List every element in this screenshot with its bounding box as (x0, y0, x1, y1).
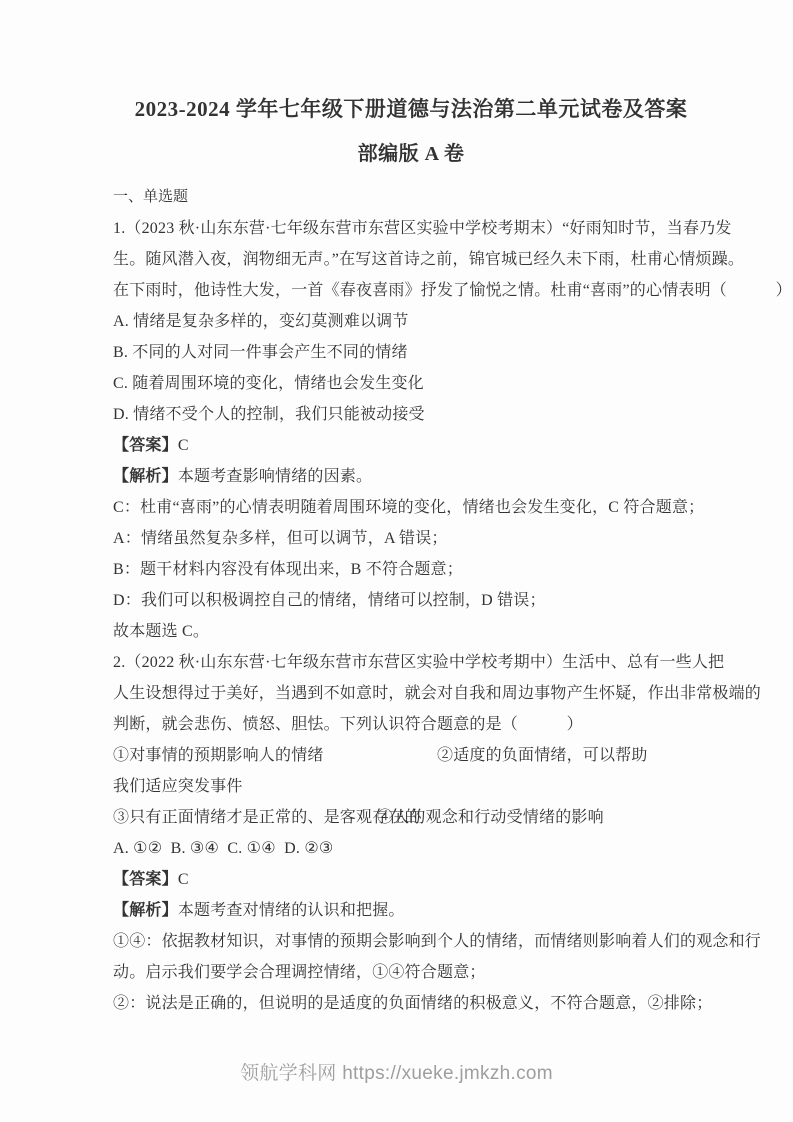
q1-analysis-intro-line: 【解析】本题考查影响情绪的因素。 (113, 461, 709, 492)
q2-options-line: A. ①② B. ③④ C. ①④ D. ②③ (113, 833, 709, 864)
q1-analysis-line-c: C：杜甫“喜雨”的心情表明随着周围环境的变化，情绪也会发生变化，C 符合题意； (113, 492, 709, 523)
q2-stem-line-2: 人生设想得过于美好，当遇到不如意时，就会对自我和周边事物产生怀疑，作出非常极端的 (113, 678, 709, 709)
q1-analysis-line-a: A：情绪虽然复杂多样，但可以调节，A 错误； (113, 523, 709, 554)
q1-stem-line-2: 生。随风潜入夜，润物细无声。”在写这首诗之前，锦官城已经久未下雨，杜甫心情烦躁。 (113, 244, 709, 275)
q2-item-3: ③只有正面情绪才是正常的、是客观存在的 (113, 809, 421, 826)
q2-analysis-intro-line: 【解析】本题考查对情绪的认识和把握。 (113, 895, 709, 926)
section-heading: 一、单选题 (113, 182, 709, 212)
q1-option-c: C. 随着周围环境的变化，情绪也会发生变化 (113, 368, 709, 399)
q1-analysis-label: 【解析】 (113, 468, 178, 485)
q2-answer-line: 【答案】C (113, 864, 709, 895)
q2-item-row-1: ①对事情的预期影响人的情绪②适度的负面情绪，可以帮助 (113, 740, 709, 771)
q2-item-4: ④人的观念和行动受情绪的影响 (377, 802, 604, 833)
watermark-footer: 领航学科网 https://xueke.jmkzh.com (0, 1058, 793, 1085)
q1-option-b: B. 不同的人对同一件事会产生不同的情绪 (113, 337, 709, 368)
q2-item-1: ①对事情的预期影响人的情绪 (113, 747, 324, 764)
q2-analysis-line-1: ①④：依据教材知识，对事情的预期会影响到个人的情绪，而情绪则影响着人们的观念和行 (113, 926, 709, 957)
question-2: 2.（2022 秋·山东东营·七年级东营市东营区实验中学校考期中）生活中、总有一… (113, 647, 709, 1019)
q2-answer-label: 【答案】 (113, 871, 178, 888)
q2-stem-line-1: 2.（2022 秋·山东东营·七年级东营市东营区实验中学校考期中）生活中、总有一… (113, 647, 709, 678)
document-page: 2023-2024 学年七年级下册道德与法治第二单元试卷及答案 部编版 A 卷 … (0, 0, 793, 1122)
q2-item-row-3: ③只有正面情绪才是正常的、是客观存在的④人的观念和行动受情绪的影响 (113, 802, 709, 833)
q1-analysis-line-b: B：题干材料内容没有体现出来，B 不符合题意； (113, 554, 709, 585)
document-title: 2023-2024 学年七年级下册道德与法治第二单元试卷及答案 (113, 94, 709, 124)
q2-analysis-intro: 本题考查对情绪的认识和把握。 (178, 902, 405, 919)
q1-stem-line-3: 在下雨时，他诗性大发，一首《春夜喜雨》抒发了愉悦之情。杜甫“喜雨”的心情表明（ … (113, 275, 709, 306)
q2-stem-line-3: 判断，就会悲伤、愤怒、胆怯。下列认识符合题意的是（ ） (113, 709, 709, 740)
q2-answer-value: C (178, 871, 189, 888)
q1-answer-line: 【答案】C (113, 430, 709, 461)
q1-stem-line-1: 1.（2023 秋·山东东营·七年级东营市东营区实验中学校考期末）“好雨知时节，… (113, 213, 709, 244)
q2-item-2: ②适度的负面情绪，可以帮助 (437, 740, 648, 771)
q2-item-row-2: 我们适应突发事件 (113, 771, 709, 802)
document-subtitle: 部编版 A 卷 (113, 141, 709, 167)
q2-analysis-line-2: 动。启示我们要学会合理调控情绪，①④符合题意； (113, 957, 709, 988)
q1-answer-label: 【答案】 (113, 437, 178, 454)
q2-analysis-label: 【解析】 (113, 902, 178, 919)
q1-analysis-conclusion: 故本题选 C。 (113, 616, 709, 647)
q2-analysis-line-3: ②：说法是正确的，但说明的是适度的负面情绪的积极意义，不符合题意，②排除； (113, 988, 709, 1019)
q1-analysis-intro: 本题考查影响情绪的因素。 (178, 468, 372, 485)
q1-answer-value: C (178, 437, 189, 454)
q1-option-a: A. 情绪是复杂多样的，变幻莫测难以调节 (113, 306, 709, 337)
question-1: 1.（2023 秋·山东东营·七年级东营市东营区实验中学校考期末）“好雨知时节，… (113, 213, 709, 647)
q1-option-d: D. 情绪不受个人的控制，我们只能被动接受 (113, 399, 709, 430)
q1-analysis-line-d: D：我们可以积极调控自己的情绪，情绪可以控制，D 错误； (113, 585, 709, 616)
document-content: 2023-2024 学年七年级下册道德与法治第二单元试卷及答案 部编版 A 卷 … (113, 94, 709, 1019)
